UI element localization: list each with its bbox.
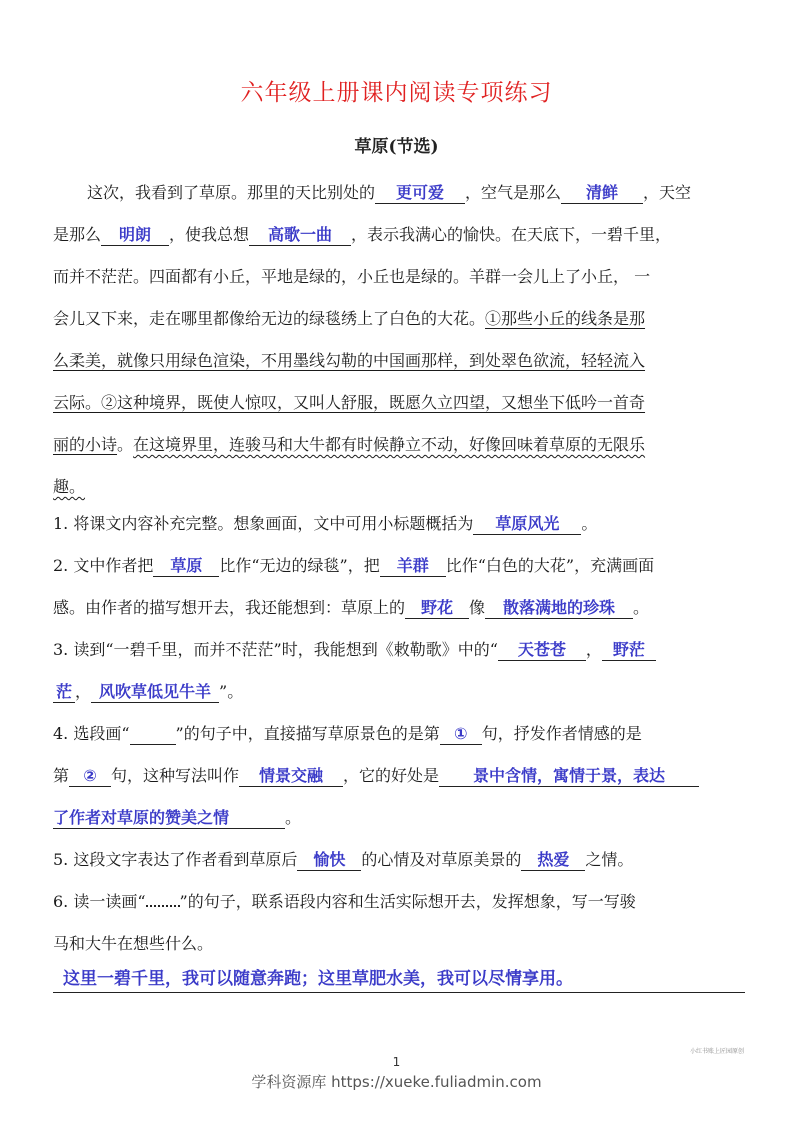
question-4-cont: 第②句，这种写法叫作情景交融，它的好处是景中含情，寓情于景，表达 bbox=[53, 755, 745, 797]
answer-blank[interactable]: 野茫 bbox=[602, 640, 656, 661]
underline-sample bbox=[130, 724, 176, 745]
passage-line-1: 这次，我看到了草原。那里的天比别处的更可爱，空气是那么清鲜，天空 bbox=[53, 172, 745, 214]
answer-blank[interactable]: 野花 bbox=[405, 598, 469, 619]
question-6: 6. 读一读画“”的句子，联系语段内容和生活实际想开去，发挥想象，写一写骏 bbox=[53, 881, 745, 923]
passage-line-4: 会儿又下来，走在哪里都像给无边的绿毯绣上了白色的大花。①那些小丘的线条是那 bbox=[53, 298, 745, 340]
questions: 1. 将课文内容补充完整。想象画面，文中可用小标题概括为草原风光。 2. 文中作… bbox=[53, 503, 745, 965]
passage-line-7: 丽的小诗。在这境界里，连骏马和大牛都有时候静立不动，好像回味着草原的无限乐 bbox=[53, 424, 745, 466]
passage-line-8: 趣。 bbox=[53, 466, 745, 508]
answer-blank[interactable]: 草原 bbox=[153, 556, 219, 577]
answer-blank[interactable]: ① bbox=[440, 724, 482, 745]
question-5: 5. 这段文字表达了作者看到草原后愉快的心情及对草原美景的热爱之情。 bbox=[53, 839, 745, 881]
answer-blank[interactable]: 散落满地的珍珠 bbox=[485, 598, 633, 619]
watermark: 小红书账上匠园原创 bbox=[690, 1046, 744, 1055]
question-1: 1. 将课文内容补充完整。想象画面，文中可用小标题概括为草原风光。 bbox=[53, 503, 745, 545]
answer-blank[interactable]: 天苍苍 bbox=[498, 640, 586, 661]
passage-line-5: 么柔美，就像只用绿色渲染，不用墨线勾勒的中国画那样，到处翠色欲流，轻轻流入 bbox=[53, 340, 745, 382]
question-2: 2. 文中作者把草原比作“无边的绿毯”，把羊群比作“白色的大花”，充满画面 bbox=[53, 545, 745, 587]
answer-blank[interactable]: 茫 bbox=[53, 682, 75, 703]
passage-line-2: 是那么明朗，使我总想高歌一曲，表示我满心的愉快。在天底下，一碧千里， bbox=[53, 214, 745, 256]
wavy-sentence: 在这境界里，连骏马和大牛都有时候静立不动，好像回味着草原的无限乐 bbox=[133, 435, 645, 454]
answer-blank[interactable]: 高歌一曲 bbox=[249, 225, 351, 246]
passage-line-3: 而并不茫茫。四面都有小丘，平地是绿的，小丘也是绿的。羊群一会儿上了小丘， 一 bbox=[53, 256, 745, 298]
answer-blank[interactable]: ② bbox=[69, 766, 111, 787]
question-3-cont: 茫，风吹草低见牛羊”。 bbox=[53, 671, 745, 713]
answer-blank[interactable]: 情景交融 bbox=[239, 766, 343, 787]
question-6-answer[interactable]: 这里一碧千里，我可以随意奔跑；这里草肥水美，我可以尽情享用。 bbox=[53, 965, 745, 993]
answer-blank[interactable]: 愉快 bbox=[297, 850, 361, 871]
passage-title: 草原(节选) bbox=[0, 132, 793, 157]
answer-blank[interactable]: 风吹草低见牛羊 bbox=[91, 682, 219, 703]
passage: 这次，我看到了草原。那里的天比别处的更可爱，空气是那么清鲜，天空 是那么明朗，使… bbox=[53, 172, 745, 508]
question-6-cont: 马和大牛在想些什么。 bbox=[53, 923, 745, 965]
answer-blank[interactable]: 羊群 bbox=[380, 556, 446, 577]
sentence-2: ②这种境界，既使人惊叹，又叫人舒服，既愿久立四望，又想坐下低吟一首奇 bbox=[101, 393, 645, 412]
page-title: 六年级上册课内阅读专项练习 bbox=[0, 74, 793, 107]
sentence-1: ①那些小丘的线条是那 bbox=[485, 309, 645, 328]
answer-blank[interactable]: 景中含情，寓情于景，表达 bbox=[439, 766, 699, 787]
question-2-cont: 感。由作者的描写想开去，我还能想到：草原上的野花像散落满地的珍珠。 bbox=[53, 587, 745, 629]
answer-blank[interactable]: 草原风光 bbox=[473, 514, 581, 535]
answer-blank[interactable]: 热爱 bbox=[521, 850, 585, 871]
page-number: 1 bbox=[0, 1055, 793, 1069]
passage-line-6: 云际。②这种境界，既使人惊叹，又叫人舒服，既愿久立四望，又想坐下低吟一首奇 bbox=[53, 382, 745, 424]
question-4-cont2: 了作者对草原的赞美之情。 bbox=[53, 797, 745, 839]
question-3: 3. 读到“一碧千里，而并不茫茫”时，我能想到《敕勒歌》中的“天苍苍，野茫 bbox=[53, 629, 745, 671]
question-4: 4. 选段画“ ”的句子中，直接描写草原景色的是第①句，抒发作者情感的是 bbox=[53, 713, 745, 755]
footer-site: 学科资源库 https://xueke.fuliadmin.com bbox=[0, 1071, 793, 1092]
wavy-underline-sample bbox=[146, 891, 180, 907]
answer-blank[interactable]: 更可爱 bbox=[375, 183, 465, 204]
answer-blank[interactable]: 清鲜 bbox=[561, 183, 643, 204]
answer-blank[interactable]: 明朗 bbox=[101, 225, 169, 246]
answer-blank[interactable]: 了作者对草原的赞美之情 bbox=[53, 808, 285, 829]
